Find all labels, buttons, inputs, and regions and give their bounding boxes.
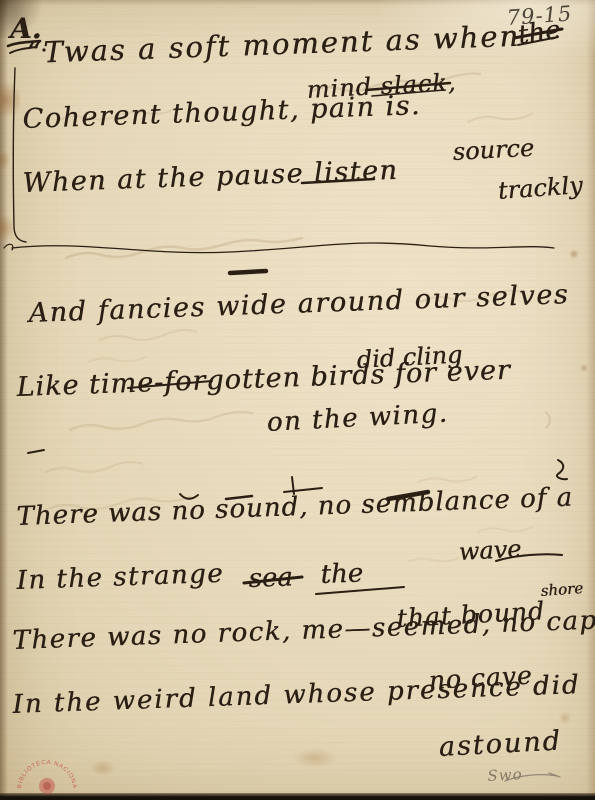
stain bbox=[0, 148, 10, 172]
divider-wavy-line bbox=[12, 243, 554, 273]
poem-line-1-end: the bbox=[516, 15, 562, 51]
stain bbox=[90, 760, 116, 776]
poem-line-5b: on the wing. bbox=[266, 398, 449, 437]
cataloguer-signature: Swo bbox=[487, 765, 523, 785]
interline-insertion: wave bbox=[458, 535, 522, 566]
stain bbox=[580, 364, 588, 372]
poem-line-9: In the weird land whose presence did bbox=[12, 670, 581, 720]
bottom-black-strip bbox=[0, 793, 595, 800]
stain bbox=[0, 78, 20, 122]
manuscript-page: BIBLIOTECA NACIONAL A. 79-15 “Twas a sof… bbox=[0, 0, 595, 800]
stain bbox=[292, 748, 338, 768]
left-page-edge bbox=[0, 0, 8, 800]
poem-line-8: There was no rock, me—seemed, no cape bbox=[12, 605, 595, 656]
right-page-edge bbox=[586, 0, 595, 800]
poem-line-4: And fancies wide around our selves bbox=[28, 279, 570, 329]
interline-insertion-small: shore bbox=[540, 579, 584, 600]
poem-line-7b: the bbox=[320, 559, 364, 590]
poem-line-1: “Twas a soft moment as when bbox=[26, 19, 521, 70]
poem-line-5: Like time-forgotten birds for ever bbox=[16, 355, 511, 403]
stain bbox=[558, 712, 572, 724]
struck-word: sea bbox=[248, 562, 293, 594]
stanza-bracket bbox=[4, 68, 26, 250]
poem-line-7a: In the strange bbox=[16, 559, 225, 596]
interline-insertion: trackly bbox=[497, 171, 583, 205]
stamp-emblem bbox=[39, 778, 55, 794]
poem-line-3: When at the pause listen bbox=[22, 155, 399, 199]
poem-line-6: There was no sound, no semblance of a bbox=[16, 483, 573, 532]
poem-line-2: Coherent thought, pain is. bbox=[22, 90, 421, 135]
interline-insertion: source bbox=[452, 134, 535, 166]
stamp-emblem-center bbox=[43, 782, 51, 790]
stain bbox=[569, 249, 579, 259]
interline-insertion: astound bbox=[438, 726, 563, 763]
stain bbox=[0, 212, 14, 244]
